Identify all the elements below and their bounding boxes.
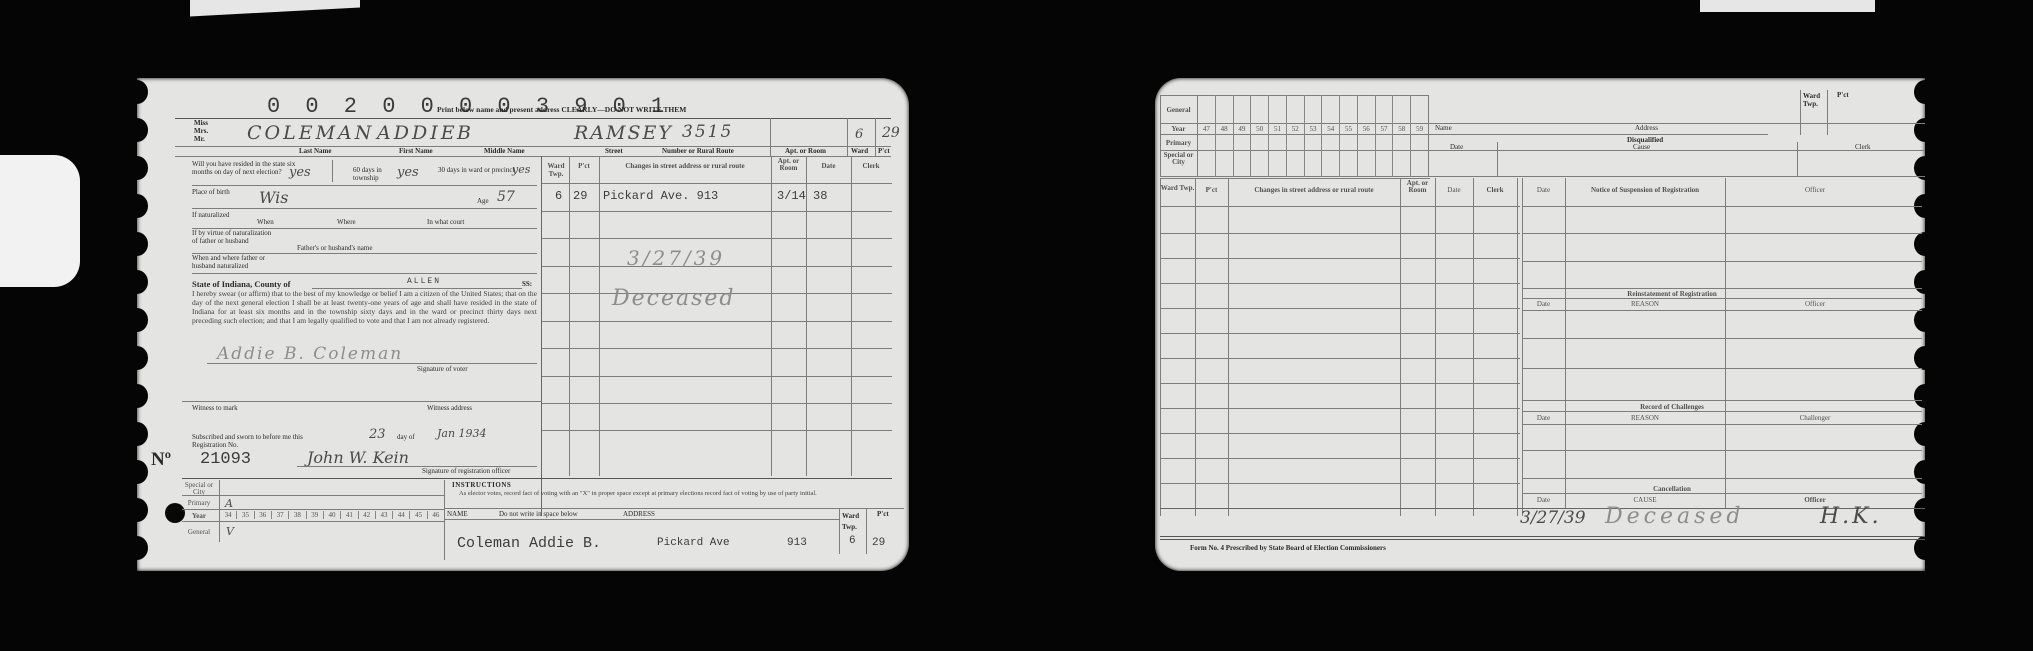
pct-value: 29 [882, 126, 900, 140]
label-general: General [182, 528, 216, 536]
header-date: Date [806, 162, 851, 170]
header-clerk: Clerk [851, 162, 891, 170]
label-address-back: Address [1635, 125, 1658, 132]
year-cell: 58 [1393, 95, 1411, 177]
label-naturalized-when: When [257, 219, 274, 226]
age-value: 57 [497, 190, 515, 204]
label-first-name: First Name [399, 148, 433, 155]
year-cell: 43 [376, 511, 393, 519]
house-number-value: 3515 [682, 124, 733, 141]
label-place-of-birth: Place of birth [192, 188, 232, 196]
label-apt: Apt. or Room [785, 148, 826, 155]
label-father-naturalization: If by virtue of naturalization of father… [192, 230, 272, 245]
label-primary: Primary [182, 499, 216, 507]
officer-signature: John W. Kein [307, 450, 409, 466]
year-cell: 39 [307, 511, 324, 519]
year-cell: 50 [1251, 95, 1269, 177]
label-ward-twp: Ward Twp. [842, 511, 864, 533]
header-challenges-challenger: Challenger [1725, 414, 1905, 422]
oath-text: I hereby swear (or affirm) that to the b… [192, 289, 537, 325]
county-value: ALLEN [407, 278, 441, 286]
year-cell: 41 [341, 511, 358, 519]
change-row-1-date: 3/14 38 [777, 190, 827, 202]
year-cell: 45 [410, 511, 427, 519]
salutation-mr: Mr. [194, 136, 205, 143]
registration-card-back: General Year Primary Special or City 47 … [1155, 78, 1925, 571]
year-cell: 52 [1287, 95, 1305, 177]
year-cell: 53 [1305, 95, 1323, 177]
header-apt: Apt. or Room [771, 158, 806, 172]
header-challenges-date: Date [1522, 414, 1565, 422]
year-row-back: 47 48 49 50 51 52 53 54 55 56 57 58 59 [1198, 95, 1428, 177]
year-cell: 49 [1234, 95, 1252, 177]
label-father-name: Father's or husband's name [297, 245, 372, 252]
label-disq-clerk: Clerk [1855, 144, 1871, 151]
label-disq-date: Date [1450, 144, 1463, 151]
label-witness-mark: Witness to mark [192, 405, 238, 412]
place-of-birth-value: Wis [259, 190, 289, 206]
typed-ward: 6 [849, 536, 856, 547]
change-row-1-pct: 29 [573, 190, 587, 202]
year-cell: 37 [272, 511, 289, 519]
year-cell: 51 [1269, 95, 1287, 177]
street-value: RAMSEY [574, 124, 673, 143]
number-mark: Nº [151, 450, 171, 469]
label-name-back: Name [1435, 125, 1452, 132]
header-reinstatement-date: Date [1522, 300, 1565, 308]
header-cancellation-cause: CAUSE [1565, 496, 1725, 504]
a-residence-state: yes [289, 166, 311, 179]
year-cell: 47 [1198, 95, 1216, 177]
q-residence-ward: 30 days in ward or precinct [438, 166, 518, 174]
adjacent-card-left-edge [0, 155, 80, 287]
year-row: 34 35 36 37 38 39 40 41 42 43 44 45 46 [220, 511, 444, 519]
header-suspension-notice: Notice of Suspension of Registration [1565, 186, 1725, 194]
label-year: Year [182, 512, 216, 520]
label-age: Age [477, 198, 489, 205]
q-residence-township: 60 days in township [353, 166, 401, 182]
header-ward: Ward Twp. [543, 162, 569, 178]
label-naturalized-where: Where [337, 219, 356, 226]
primary-vote-mark: A [225, 498, 233, 509]
sworn-day: 23 [369, 428, 386, 441]
registration-number: 21093 [200, 451, 251, 468]
header-address: Changes in street address or rural route [599, 162, 771, 170]
header-date-back: Date [1435, 186, 1473, 194]
label-primary-back: Primary [1160, 139, 1197, 147]
label-father-naturalized-when: When and where father or husband natural… [192, 255, 287, 270]
header-instruction: Print below name and present address CLE… [437, 106, 686, 114]
year-cell: 36 [255, 511, 272, 519]
label-special-city-back: Special or City [1160, 152, 1197, 166]
change-row-1-address: Pickard Ave. 913 [603, 190, 718, 202]
header-pct-back: P'ct [1195, 186, 1228, 194]
label-special-city: Special or City [182, 482, 216, 496]
year-cell: 46 [428, 511, 444, 519]
ward-value: 6 [855, 128, 863, 141]
registration-card-front: 0 0 2 0 0 0 0 3 9 0 1 Print below name a… [137, 78, 909, 571]
change-note-deceased: Deceased [612, 288, 736, 310]
header-reinstatement-reason: REASON [1565, 300, 1725, 308]
year-cell: 34 [220, 511, 237, 519]
typed-pct: 29 [872, 538, 885, 549]
label-last-name: Last Name [299, 148, 331, 155]
year-cell: 56 [1358, 95, 1376, 177]
year-cell: 57 [1376, 95, 1394, 177]
sworn-text: Subscribed and sworn to before me this [192, 434, 303, 441]
year-cell: 48 [1216, 95, 1234, 177]
header-clerk-back: Clerk [1473, 186, 1517, 194]
label-ward-back: Ward Twp. [1803, 92, 1825, 108]
label-ward: Ward [851, 148, 868, 155]
header-suspension-date: Date [1522, 186, 1565, 194]
typed-address: Pickard Ave [657, 538, 730, 549]
label-name: NAME [447, 511, 468, 518]
middle-name-value: B [457, 124, 471, 143]
year-cell: 55 [1340, 95, 1358, 177]
voter-signature: Addie B. Coleman [217, 346, 403, 363]
cancellation-cause: Deceased [1605, 506, 1745, 528]
cancellation-date: 3/27/39 [1520, 510, 1586, 527]
year-cell: 59 [1411, 95, 1428, 177]
label-pct-back: P'ct [1837, 92, 1849, 99]
header-apt-back: Apt. or Room [1400, 180, 1435, 194]
form-footer: Form No. 4 Prescribed by State Board of … [1190, 545, 1386, 552]
label-registration-no: Registration No. [192, 442, 238, 449]
label-if-naturalized: If naturalized [192, 211, 232, 219]
instructions-heading: INSTRUCTIONS [452, 482, 511, 489]
label-voter-signature: Signature of voter [417, 366, 468, 373]
header-reinstatement-officer: Officer [1725, 300, 1905, 308]
year-cell: 42 [359, 511, 376, 519]
label-naturalized-court: In what court [427, 219, 464, 226]
header-pct: P'ct [570, 162, 598, 170]
cancellation-officer: H.K. [1820, 506, 1882, 528]
last-name-value: COLEMAN [247, 124, 374, 143]
challenges-title: Record of Challenges [1522, 403, 1822, 411]
label-year-back: Year [1160, 125, 1197, 133]
year-cell: 35 [237, 511, 254, 519]
year-cell: 38 [289, 511, 306, 519]
adjacent-card-top-left [190, 0, 360, 16]
instructions-text: As elector votes, record fact of voting … [459, 490, 879, 497]
sworn-month-year: Jan 1934 [437, 428, 487, 439]
oath-ss: SS: [522, 281, 532, 288]
label-address: ADDRESS [623, 511, 655, 518]
general-vote-mark: V [226, 526, 234, 537]
label-do-not-write: Do not write in space below [499, 511, 578, 518]
change-row-1-ward: 6 [555, 190, 562, 202]
change-note-date: 3/27/39 [627, 248, 725, 268]
salutation-miss: Miss [194, 120, 208, 127]
sworn-day-of: day of [397, 434, 415, 441]
header-address-back: Changes in street address or rural route [1228, 186, 1400, 194]
header-ward-back: Ward Twp. [1160, 184, 1195, 192]
header-cancellation-officer: Officer [1725, 496, 1905, 504]
salutation-mrs: Mrs. [194, 128, 208, 135]
first-name-value: ADDIE [377, 124, 458, 143]
header-cancellation-date: Date [1522, 496, 1565, 504]
year-cell: 54 [1322, 95, 1340, 177]
label-pct: P'ct [878, 148, 890, 155]
label-disq-cause: Cause [1633, 144, 1650, 151]
label-number: Number or Rural Route [662, 148, 734, 155]
q-residence-state: Will you have resided in the state six m… [192, 160, 302, 176]
label-witness-address: Witness address [427, 405, 472, 412]
typed-number: 913 [787, 538, 807, 549]
label-middle-name: Middle Name [484, 148, 525, 155]
a-residence-ward: yes [512, 164, 530, 175]
oath-heading: State of Indiana, County of [192, 280, 290, 289]
header-suspension-officer: Officer [1725, 186, 1905, 194]
year-cell: 40 [324, 511, 341, 519]
label-street: Street [605, 148, 623, 155]
a-residence-township: yes [397, 166, 419, 179]
typed-name: Coleman Addie B. [457, 536, 601, 551]
label-officer-signature: Signature of registration officer [422, 468, 510, 475]
label-pct-bottom: P'ct [877, 511, 889, 518]
adjacent-card-top-right [1700, 0, 1875, 12]
cancellation-title: Cancellation [1522, 485, 1822, 493]
label-general-back: General [1160, 106, 1197, 114]
reinstatement-title: Reinstatement of Registration [1522, 290, 1822, 298]
year-cell: 44 [393, 511, 410, 519]
header-challenges-reason: REASON [1565, 414, 1725, 422]
